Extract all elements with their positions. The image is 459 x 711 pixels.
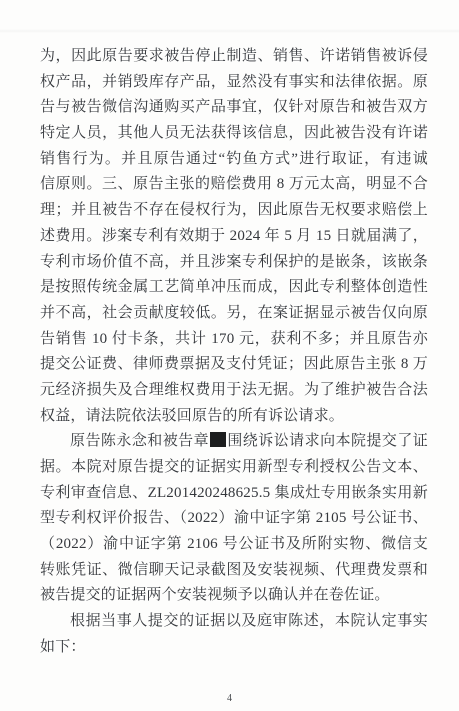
text-line: 述费用。涉案专利有效期于 2024 年 5 月 15 日就届满了， (40, 224, 428, 250)
text-line: 理；并且被告不存在侵权行为，因此原告无权要求赔偿上 (40, 198, 428, 224)
text-line: 是按照传统金属工艺简单冲压而成，因此专利整体创造性 (40, 275, 428, 301)
text-line: 提交公证费、律师费票据及支付凭证；因此原告主张 8 万 (40, 352, 428, 378)
document-body: 为，因此原告要求被告停止制造、销售、许诺销售被诉侵权产品，并销毁库存产品，显然没… (40, 44, 428, 661)
text-line: 如下： (40, 635, 428, 661)
text-line: 元经济损失及合理维权费用于法无据。为了维护被告合法 (40, 378, 428, 404)
text-line: 根据当事人提交的证据以及庭审陈述，本院认定事实 (40, 609, 428, 635)
text-line: 信原则。三、原告主张的赔偿费用 8 万元太高，明显不合 (40, 172, 428, 198)
text-line: 销售行为。并且原告通过“钓鱼方式”进行取证，有违诚 (40, 147, 428, 173)
text-line: （2022）渝中证字第 2106 号公证书及所附实物、微信支付 (40, 532, 428, 558)
text-line: 权益，请法院依法驳回原告的所有诉讼请求。 (40, 404, 428, 430)
text-line: 原告陈永念和被告章围绕诉讼请求向本院提交了证 (40, 429, 428, 455)
text-line: 特定人员，其他人员无法获得该信息，因此被告没有许诺 (40, 121, 428, 147)
text-line: 被告提交的证据两个安装视频予以确认并在卷佐证。 (40, 583, 428, 609)
text-line: 权产品，并销毁库存产品，显然没有事实和法律依据。原 (40, 70, 428, 96)
text-line: 告销售 10 付卡条，共计 170 元，获利不多；并且原告亦未 (40, 327, 428, 353)
text-line: 专利市场价值不高，并且涉案专利保护的是嵌条，该嵌条 (40, 250, 428, 276)
text-line: 型专利权评价报告、（2022）渝中证字第 2105 号公证书、 (40, 506, 428, 532)
text-line: 据。本院对原告提交的证据实用新型专利授权公告文本、 (40, 455, 428, 481)
text-line: 转账凭证、微信聊天记录截图及安装视频、代理费发票和 (40, 558, 428, 584)
scanned-document-page: 为，因此原告要求被告停止制造、销售、许诺销售被诉侵权产品，并销毁库存产品，显然没… (0, 0, 459, 711)
text-line: 为，因此原告要求被告停止制造、销售、许诺销售被诉侵 (40, 44, 428, 70)
text-line: 告与被告微信沟通购买产品事宜，仅针对原告和被告双方 (40, 95, 428, 121)
text-line: 专利审查信息、ZL201420248625.5 集成灶专用嵌条实用新 (40, 481, 428, 507)
page-number: 4 (0, 693, 459, 704)
text-line: 并不高，社会贡献度较低。另，在案证据显示被告仅向原 (40, 301, 428, 327)
redaction-box (210, 432, 226, 447)
scan-shadow-band (0, 29, 459, 33)
